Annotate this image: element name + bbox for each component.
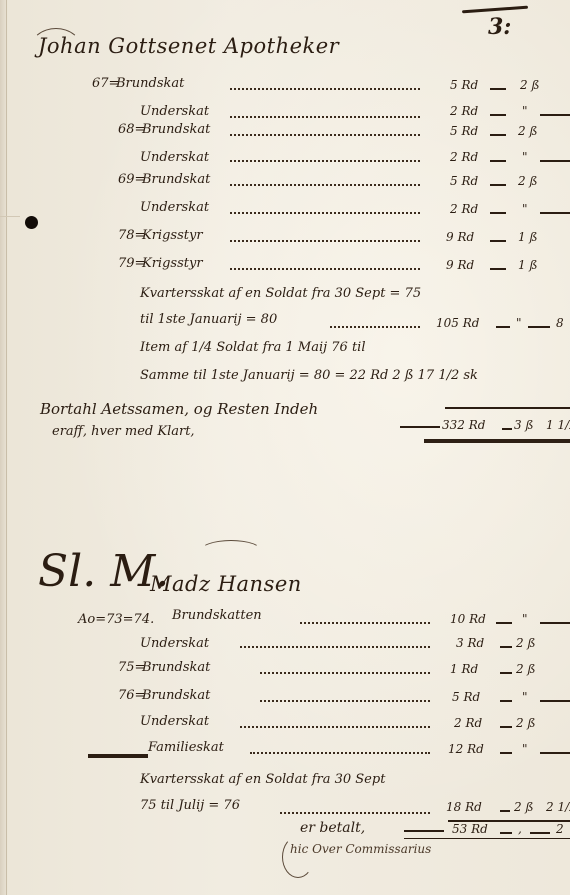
dash <box>490 268 506 270</box>
entry1-summary: Bortahl Aetssamen, og Resten Indeh <box>40 400 318 418</box>
leader-dots <box>260 700 430 702</box>
entry1-total-sk: 1 1/2 <box>546 418 570 432</box>
dash <box>502 428 512 430</box>
entry1-row-item: Underskat <box>140 104 209 119</box>
entry2-row-mk: " <box>522 612 528 626</box>
page-number-stroke <box>462 6 528 14</box>
dash <box>490 134 506 136</box>
entry1-row-mk: " <box>522 202 528 216</box>
dash <box>528 326 550 328</box>
entry1-row-item: Brundskat <box>142 122 210 137</box>
entry1-total-rd: 332 Rd <box>442 418 485 432</box>
ink-blot <box>25 216 38 229</box>
dash <box>540 114 570 116</box>
entry2-row-mk: " <box>522 742 528 756</box>
entry1-row-mk: 2 ß <box>520 78 539 92</box>
dash <box>490 160 506 162</box>
manuscript-page: 3: Johan Gottsenet Apotheker 67= Brundsk… <box>0 0 570 895</box>
entry1-row-item: Underskat <box>140 200 209 215</box>
page-fold <box>0 216 20 217</box>
entry1-row-rd: 2 Rd <box>450 150 478 164</box>
leader-dots <box>260 672 430 674</box>
entry1-row-mk: 1 ß <box>518 230 537 244</box>
entry1-note: Kvartersskat af en Soldat fra 30 Sept = … <box>140 286 421 301</box>
leader-dots <box>230 88 420 90</box>
entry1-row-mk: 2 ß <box>518 124 537 138</box>
entry1-row-rd: 9 Rd <box>446 230 474 244</box>
entry2-row-item: Underskat <box>140 714 209 729</box>
entry1-row-mk: " <box>522 150 528 164</box>
leader-dots <box>240 726 430 728</box>
entry2-row-item: Brundskat <box>142 660 210 675</box>
leader-dots <box>330 326 420 328</box>
leader-dots <box>280 812 430 814</box>
entry1-heading: Johan Gottsenet Apotheker <box>38 34 339 58</box>
dash <box>540 700 570 702</box>
entry2-row-year: Ao=73=74. <box>78 612 154 627</box>
dash <box>500 832 512 834</box>
leader-dots <box>230 134 420 136</box>
entry1-row-mk: 1 ß <box>518 258 537 272</box>
entry1-row-item: Underskat <box>140 150 209 165</box>
dash <box>500 672 512 674</box>
entry1-row-item: Krigsstyr <box>142 256 203 271</box>
dash <box>500 700 512 702</box>
entry1-row-rd: 2 Rd <box>450 104 478 118</box>
entry2-row-rd: 1 Rd <box>450 662 478 676</box>
entry1-note: til 1ste Januarij = 80 <box>140 312 277 327</box>
entry2-row-rd: 5 Rd <box>452 690 480 704</box>
dash <box>490 240 506 242</box>
total-rule-bottom <box>424 439 570 443</box>
entry2-row-mk: " <box>522 690 528 704</box>
entry1-note: Item af 1/4 Soldat fra 1 Maij 76 til <box>140 340 366 355</box>
entry2-total-sk: 2 <box>556 822 564 836</box>
heading-flourish <box>200 540 262 562</box>
entry2-row-item: Underskat <box>140 636 209 651</box>
total-rule-left <box>404 830 444 832</box>
entry2-row-mk: 2 ß <box>516 636 535 650</box>
entry1-row-rd: 5 Rd <box>450 174 478 188</box>
entry2-note-mk: 2 ß <box>514 800 533 814</box>
entry2-note-sk: 2 1/2 <box>546 800 570 814</box>
total-rule-bottom <box>404 838 570 839</box>
entry1-row-mk: " <box>522 104 528 118</box>
entry1-row-rd: 5 Rd <box>450 124 478 138</box>
entry2-row-rd: 10 Rd <box>450 612 486 626</box>
entry2-row-rd: 3 Rd <box>456 636 484 650</box>
dash <box>500 810 510 812</box>
dash <box>490 184 506 186</box>
binding-edge <box>6 0 7 895</box>
leader-dots <box>230 212 420 214</box>
dash <box>540 752 570 754</box>
entry2-total-rd: 53 Rd <box>452 822 488 836</box>
dash <box>530 832 550 834</box>
dash <box>500 726 512 728</box>
dash <box>540 160 570 162</box>
entry2-row-item: Familieskat <box>148 740 224 755</box>
entry1-row-item: Brundskat <box>116 76 184 91</box>
margin-stroke <box>88 754 148 758</box>
entry1-total-mk: 3 ß <box>514 418 533 432</box>
dash <box>500 646 512 648</box>
entry1-note-rd: 105 Rd <box>436 316 479 330</box>
dash <box>490 88 506 90</box>
page-number: 3: <box>488 14 511 40</box>
entry2-heading: Madz Hansen <box>150 572 302 596</box>
entry2-row-item: Brundskatten <box>172 608 262 623</box>
leader-dots <box>230 116 420 118</box>
leader-dots <box>230 160 420 162</box>
leader-dots <box>230 240 420 242</box>
dash <box>496 326 510 328</box>
entry1-row-rd: 9 Rd <box>446 258 474 272</box>
entry2-row-item: Brundskat <box>142 688 210 703</box>
leader-dots <box>300 622 430 624</box>
entry1-note: Samme til 1ste Januarij = 80 = 22 Rd 2 ß… <box>140 368 478 383</box>
entry2-paid-label: er betalt, <box>300 820 365 836</box>
leader-dots <box>240 646 430 648</box>
entry1-summary: eraff, hver med Klart, <box>52 424 195 439</box>
entry1-note-mk: " <box>516 316 522 330</box>
entry2-row-rd: 12 Rd <box>448 742 484 756</box>
leader-dots <box>230 184 420 186</box>
leader-dots <box>250 752 430 754</box>
dash <box>540 212 570 214</box>
dash <box>496 622 512 624</box>
entry2-row-mk: 2 ß <box>516 662 535 676</box>
dash <box>490 212 506 214</box>
total-rule-top <box>445 407 570 409</box>
dash <box>540 622 570 624</box>
entry2-note: Kvartersskat af en Soldat fra 30 Sept <box>140 772 385 787</box>
entry1-row-mk: 2 ß <box>518 174 537 188</box>
leader-dots <box>230 268 420 270</box>
signature: hic Over Commissarius <box>290 842 431 856</box>
entry2-note-rd: 18 Rd <box>446 800 482 814</box>
entry2-total-mk: , <box>518 822 522 836</box>
entry2-row-rd: 2 Rd <box>454 716 482 730</box>
entry1-row-item: Krigsstyr <box>142 228 203 243</box>
entry2-row-mk: 2 ß <box>516 716 535 730</box>
total-rule-left <box>400 426 440 428</box>
entry1-row-rd: 2 Rd <box>450 202 478 216</box>
entry2-note: 75 til Julij = 76 <box>140 798 240 813</box>
entry1-note-sk: 8 <box>556 316 564 330</box>
entry1-row-item: Brundskat <box>142 172 210 187</box>
dash <box>490 114 506 116</box>
dash <box>500 752 512 754</box>
entry1-row-rd: 5 Rd <box>450 78 478 92</box>
